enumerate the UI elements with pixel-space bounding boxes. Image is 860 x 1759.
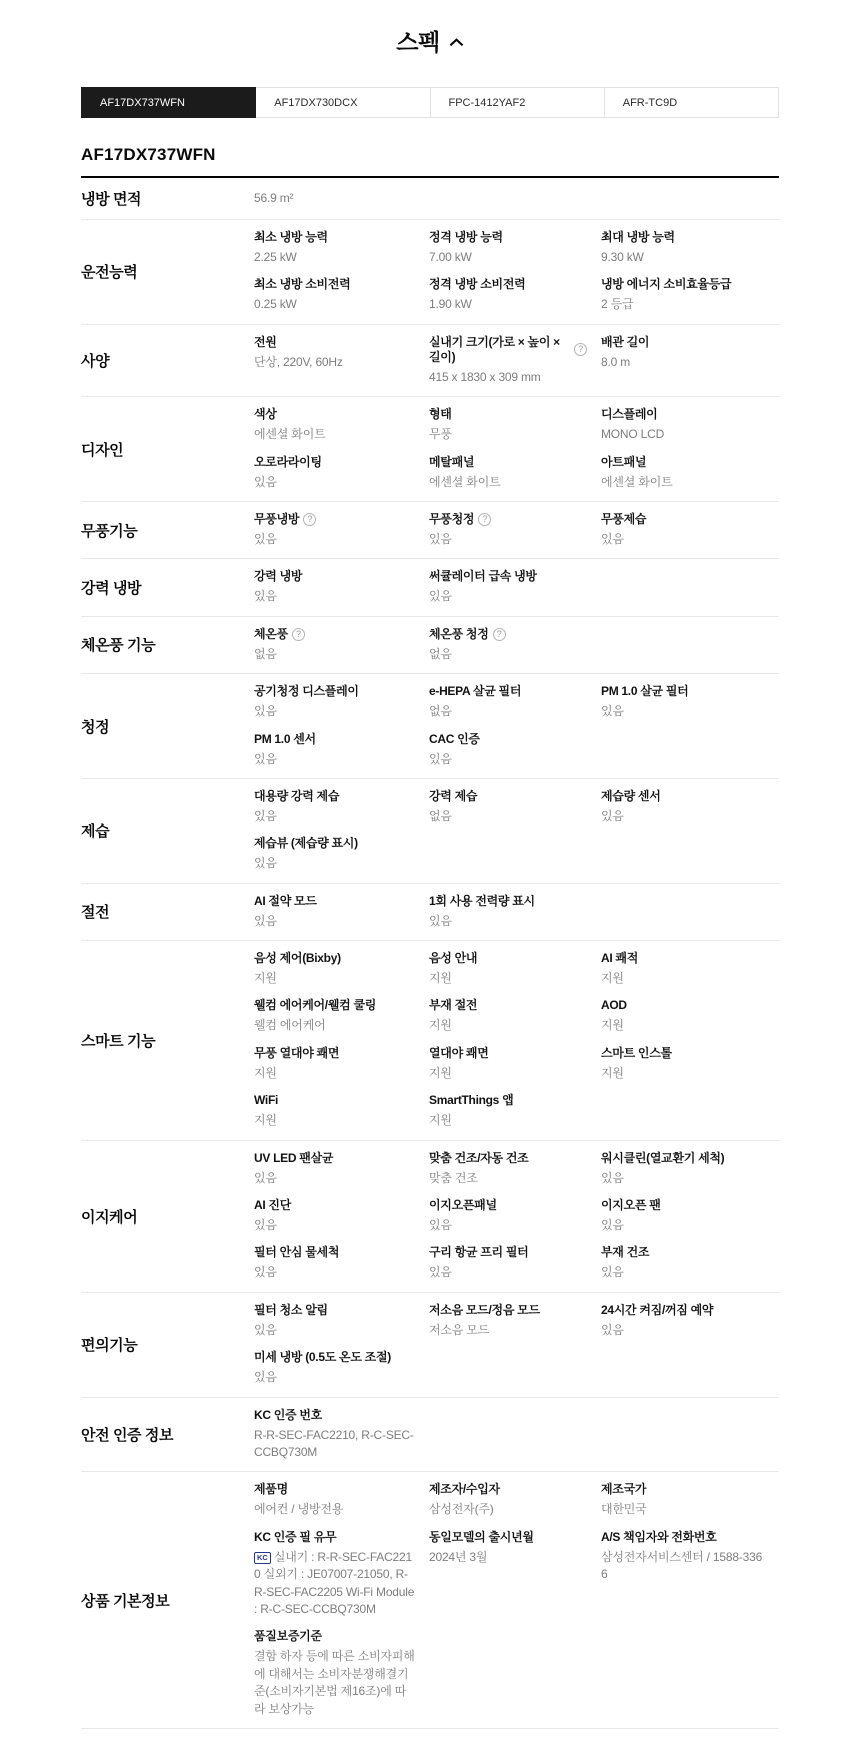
spec-item-label: 구리 항균 프리 필터: [429, 1245, 587, 1260]
spec-item-label: 워시클린(열교환기 세척): [601, 1151, 765, 1166]
spec-item-label: 제조국가: [601, 1482, 765, 1497]
spec-item-label: 써큘레이터 급속 냉방: [429, 569, 587, 584]
spec-item-label: 색상: [254, 407, 415, 422]
spec-cells: 색상 에센셜 화이트 형태 무풍 디스플레이 MONO LCD 오로라라이팅 있…: [254, 407, 779, 491]
spec-item-label: 체온풍 ?: [254, 627, 415, 642]
spec-item-value: 있음: [254, 913, 415, 930]
spec-item-value: 있음: [601, 1170, 765, 1187]
spec-item-label: PM 1.0 센서: [254, 732, 415, 747]
spec-item-value: 있음: [254, 808, 415, 825]
spec-item-value: 있음: [254, 703, 415, 720]
spec-row: 냉방 면적 56.9 m²: [81, 178, 779, 220]
spec-category-label: 청정: [81, 684, 254, 768]
spec-item: 음성 제어(Bixby) 지원: [254, 951, 429, 987]
spec-item-value: 있음: [601, 703, 765, 720]
spec-item-value: 지원: [429, 970, 587, 987]
spec-item-label: 제품명: [254, 1482, 415, 1497]
spec-item: PM 1.0 센서 있음: [254, 732, 429, 768]
spec-item: 무풍 열대야 쾌면 지원: [254, 1046, 429, 1082]
spec-item-label: 음성 제어(Bixby): [254, 951, 415, 966]
spec-cells: 강력 냉방 있음 써큘레이터 급속 냉방 있음: [254, 569, 779, 605]
spec-item-label: A/S 책임자와 전화번호: [601, 1530, 765, 1545]
spec-item: AOD 지원: [601, 998, 779, 1034]
spec-item-value: 1.90 kW: [429, 296, 587, 313]
spec-item: 정격 냉방 능력 7.00 kW: [429, 230, 601, 266]
spec-item-label: 체온풍 청정 ?: [429, 627, 587, 642]
spec-item: SmartThings 앱 지원: [429, 1093, 601, 1129]
spec-item: AI 절약 모드 있음: [254, 894, 429, 930]
spec-cells: 필터 청소 알림 있음 저소음 모드/정음 모드 저소음 모드 24시간 켜짐/…: [254, 1303, 779, 1387]
spec-item-value: 있음: [429, 531, 587, 548]
spec-item-label: 오로라라이팅: [254, 455, 415, 470]
kc-certification-icon: KC: [254, 1552, 271, 1564]
spec-item-label: 1회 사용 전력량 표시: [429, 894, 587, 909]
spec-item: 무풍청정 ? 있음: [429, 512, 601, 548]
spec-item-label: 제습뷰 (제습량 표시): [254, 836, 415, 851]
spec-item: 미세 냉방 (0.5도 온도 조절) 있음: [254, 1350, 429, 1386]
spec-item: 워시클린(열교환기 세척) 있음: [601, 1151, 779, 1187]
spec-category-label: 절전: [81, 894, 254, 930]
spec-item: 공기청정 디스플레이 있음: [254, 684, 429, 720]
spec-row: 체온풍 기능 체온풍 ? 없음 체온풍 청정 ? 없음: [81, 617, 779, 674]
spec-item-value: 없음: [429, 808, 587, 825]
spec-item-value: 있음: [254, 1322, 415, 1339]
spec-item: 제습뷰 (제습량 표시) 있음: [254, 836, 429, 872]
spec-item-value: 2024년 3월: [429, 1549, 587, 1566]
spec-item-label: 형태: [429, 407, 587, 422]
spec-item-label: 무풍청정 ?: [429, 512, 587, 527]
spec-item-label: 미세 냉방 (0.5도 온도 조절): [254, 1350, 415, 1365]
spec-item-value: 있음: [429, 1264, 587, 1281]
spec-item: AI 진단 있음: [254, 1198, 429, 1234]
spec-item: A/S 책임자와 전화번호 삼성전자서비스센터 / 1588-3366: [601, 1530, 779, 1619]
spec-item: 동일모델의 출시년월 2024년 3월: [429, 1530, 601, 1619]
spec-cells: 무풍냉방 ? 있음 무풍청정 ? 있음 무풍제습 있음: [254, 512, 779, 548]
spec-item: 대용량 강력 제습 있음: [254, 789, 429, 825]
spec-item: 메탈패널 에센셜 화이트: [429, 455, 601, 491]
info-icon[interactable]: ?: [303, 513, 316, 526]
spec-item: CAC 인증 있음: [429, 732, 601, 768]
collapse-chevron-icon[interactable]: [449, 35, 464, 47]
spec-cells: 최소 냉방 능력 2.25 kW 정격 냉방 능력 7.00 kW 최대 냉방 …: [254, 230, 779, 314]
spec-category-label: 이지케어: [81, 1151, 254, 1282]
spec-item-label: 웰컴 에어케어/웰컴 쿨링: [254, 998, 415, 1013]
spec-item-value: 2.25 kW: [254, 249, 415, 266]
spec-item-label: AOD: [601, 998, 765, 1013]
spec-item-label: 대용량 강력 제습: [254, 789, 415, 804]
spec-item: 24시간 켜짐/꺼짐 예약 있음: [601, 1303, 779, 1339]
spec-cells: UV LED 팬살균 있음 맞춤 건조/자동 건조 맞춤 건조 워시클린(열교환…: [254, 1151, 779, 1282]
spec-item-label: 24시간 켜짐/꺼짐 예약: [601, 1303, 765, 1318]
spec-category-label: 무풍기능: [81, 512, 254, 548]
spec-item-value: 있음: [254, 474, 415, 491]
spec-item: 56.9 m²: [254, 190, 429, 207]
spec-item-value: 지원: [254, 970, 415, 987]
spec-cells: 음성 제어(Bixby) 지원 음성 안내 지원 AI 쾌적 지원 웰컴 에어케…: [254, 951, 779, 1130]
spec-item-label: AI 진단: [254, 1198, 415, 1213]
spec-item-value: 단상, 220V, 60Hz: [254, 354, 415, 371]
spec-row: 이지케어 UV LED 팬살균 있음 맞춤 건조/자동 건조 맞춤 건조 워시클…: [81, 1141, 779, 1293]
spec-category-label: 스마트 기능: [81, 951, 254, 1130]
spec-item: AI 쾌적 지원: [601, 951, 779, 987]
spec-item-value: 지원: [429, 1065, 587, 1082]
spec-cells: 제품명 에어컨 / 냉방전용 제조자/수입자 삼성전자(주) 제조국가 대한민국…: [254, 1482, 779, 1718]
spec-page: 스펙 AF17DX737WFN AF17DX730DCX FPC-1412YAF…: [81, 0, 779, 1759]
spec-item-value: KC실내기 : R-R-SEC-FAC2210 실외기 : JE07007-21…: [254, 1549, 415, 1619]
spec-item-value: 지원: [429, 1112, 587, 1129]
spec-item: 부재 건조 있음: [601, 1245, 779, 1281]
spec-item: 최대 냉방 능력 9.30 kW: [601, 230, 779, 266]
spec-row: 디자인 색상 에센셜 화이트 형태 무풍 디스플레이 MONO LCD 오로라라…: [81, 397, 779, 502]
spec-item-label: 저소음 모드/정음 모드: [429, 1303, 587, 1318]
spec-item: 품질보증기준 결함 하자 등에 따른 소비자피해에 대해서는 소비자분쟁해결기준…: [254, 1629, 429, 1718]
model-tabs: AF17DX737WFN AF17DX730DCX FPC-1412YAF2 A…: [81, 87, 779, 118]
spec-item: 열대야 쾌면 지원: [429, 1046, 601, 1082]
spec-item-label: 맞춤 건조/자동 건조: [429, 1151, 587, 1166]
spec-item-value: 있음: [254, 1170, 415, 1187]
spec-cells: 56.9 m²: [254, 188, 779, 209]
spec-item-label: UV LED 팬살균: [254, 1151, 415, 1166]
spec-header: 스펙: [81, 0, 779, 57]
spec-cells: 전원 단상, 220V, 60Hz 실내기 크기(가로 × 높이 × 길이) ?…: [254, 335, 779, 386]
spec-item-value: 저소음 모드: [429, 1322, 587, 1339]
spec-row: 강력 냉방 강력 냉방 있음 써큘레이터 급속 냉방 있음: [81, 559, 779, 616]
spec-item: KC 인증 번호 R-R-SEC-FAC2210, R-C-SEC-CCBQ73…: [254, 1408, 429, 1462]
spec-item-value: 없음: [429, 646, 587, 663]
spec-item: 오로라라이팅 있음: [254, 455, 429, 491]
spec-item-value: 지원: [601, 970, 765, 987]
spec-row: 사양 전원 단상, 220V, 60Hz 실내기 크기(가로 × 높이 × 길이…: [81, 325, 779, 397]
spec-item: 필터 청소 알림 있음: [254, 1303, 429, 1339]
page-title: 스펙: [396, 24, 439, 57]
spec-item-label: 강력 제습: [429, 789, 587, 804]
section-title: AF17DX737WFN: [81, 145, 779, 178]
model-tab-af17dx730dcx[interactable]: AF17DX730DCX: [255, 87, 430, 118]
info-icon[interactable]: ?: [493, 628, 506, 641]
spec-item: 써큘레이터 급속 냉방 있음: [429, 569, 601, 605]
spec-item: 이지오픈 팬 있음: [601, 1198, 779, 1234]
spec-item-value: MONO LCD: [601, 426, 765, 443]
spec-item-value: R-R-SEC-FAC2210, R-C-SEC-CCBQ730M: [254, 1427, 415, 1462]
spec-item-label: 필터 안심 물세척: [254, 1245, 415, 1260]
spec-row: 편의기능 필터 청소 알림 있음 저소음 모드/정음 모드 저소음 모드 24시…: [81, 1293, 779, 1398]
spec-item: e-HEPA 살균 필터 없음: [429, 684, 601, 720]
spec-item-label: 배관 길이: [601, 335, 765, 350]
spec-table: 냉방 면적 56.9 m² 운전능력 최소 냉방 능력 2.25 kW 정격 냉…: [81, 178, 779, 1729]
spec-cells: AI 절약 모드 있음 1회 사용 전력량 표시 있음: [254, 894, 779, 930]
spec-item-value: 없음: [429, 703, 587, 720]
spec-item-label: 필터 청소 알림: [254, 1303, 415, 1318]
spec-item-value: 에센셜 화이트: [601, 474, 765, 491]
info-icon[interactable]: ?: [574, 343, 587, 356]
spec-item-value: 있음: [429, 588, 587, 605]
spec-item-label: 디스플레이: [601, 407, 765, 422]
spec-item-value: 맞춤 건조: [429, 1170, 587, 1187]
spec-item-label: 공기청정 디스플레이: [254, 684, 415, 699]
spec-item-value: 2 등급: [601, 296, 765, 313]
spec-row: 무풍기능 무풍냉방 ? 있음 무풍청정 ? 있음 무풍제습 있음: [81, 502, 779, 559]
spec-item-value: 있음: [601, 1264, 765, 1281]
spec-item-value: 없음: [254, 646, 415, 663]
spec-item-label: e-HEPA 살균 필터: [429, 684, 587, 699]
spec-item-value: 7.00 kW: [429, 249, 587, 266]
model-tab-af17dx737wfn[interactable]: AF17DX737WFN: [81, 87, 256, 118]
spec-item-value: 지원: [254, 1065, 415, 1082]
spec-item-label: 정격 냉방 소비전력: [429, 277, 587, 292]
spec-item-value: 무풍: [429, 426, 587, 443]
spec-cells: 체온풍 ? 없음 체온풍 청정 ? 없음: [254, 627, 779, 663]
spec-item: 필터 안심 물세척 있음: [254, 1245, 429, 1281]
model-tab-label: AF17DX737WFN: [100, 97, 185, 109]
spec-item-value: 에센셜 화이트: [254, 426, 415, 443]
spec-item-label: CAC 인증: [429, 732, 587, 747]
spec-item: PM 1.0 살균 필터 있음: [601, 684, 779, 720]
spec-item: 냉방 에너지 소비효율등급 2 등급: [601, 277, 779, 313]
spec-row: 운전능력 최소 냉방 능력 2.25 kW 정격 냉방 능력 7.00 kW 최…: [81, 220, 779, 325]
spec-item-value: 있음: [601, 1217, 765, 1234]
spec-item: 최소 냉방 소비전력 0.25 kW: [254, 277, 429, 313]
spec-item: 스마트 인스톨 지원: [601, 1046, 779, 1082]
spec-item: 강력 냉방 있음: [254, 569, 429, 605]
spec-category-label: 안전 인증 정보: [81, 1408, 254, 1462]
spec-row: 스마트 기능 음성 제어(Bixby) 지원 음성 안내 지원 AI 쾌적 지원…: [81, 941, 779, 1141]
spec-item: 무풍냉방 ? 있음: [254, 512, 429, 548]
spec-item: 배관 길이 8.0 m: [601, 335, 779, 386]
spec-item-label: 이지오픈 팬: [601, 1198, 765, 1213]
spec-item-value: 있음: [429, 1217, 587, 1234]
spec-category-label: 상품 기본정보: [81, 1482, 254, 1718]
spec-item-value: 있음: [254, 531, 415, 548]
spec-item: 제품명 에어컨 / 냉방전용: [254, 1482, 429, 1518]
spec-item: 무풍제습 있음: [601, 512, 779, 548]
spec-item: 이지오픈패널 있음: [429, 1198, 601, 1234]
spec-item-label: 전원: [254, 335, 415, 350]
spec-item-label: WiFi: [254, 1093, 415, 1108]
spec-item: 구리 항균 프리 필터 있음: [429, 1245, 601, 1281]
spec-item-label: 스마트 인스톨: [601, 1046, 765, 1061]
spec-item: 정격 냉방 소비전력 1.90 kW: [429, 277, 601, 313]
spec-category-label: 사양: [81, 335, 254, 386]
spec-item: 체온풍 청정 ? 없음: [429, 627, 601, 663]
spec-item-label: KC 인증 번호: [254, 1408, 415, 1423]
spec-item-label: 동일모델의 출시년월: [429, 1530, 587, 1545]
spec-item-value: 9.30 kW: [601, 249, 765, 266]
spec-item: 저소음 모드/정음 모드 저소음 모드: [429, 1303, 601, 1339]
spec-item: 웰컴 에어케어/웰컴 쿨링 웰컴 에어케어: [254, 998, 429, 1034]
spec-item-label: 무풍 열대야 쾌면: [254, 1046, 415, 1061]
spec-item-value: 지원: [254, 1112, 415, 1129]
spec-item: 강력 제습 없음: [429, 789, 601, 825]
spec-row: 제습 대용량 강력 제습 있음 강력 제습 없음 제습량 센서 있음 제습뷰 (…: [81, 779, 779, 884]
spec-item-label: 열대야 쾌면: [429, 1046, 587, 1061]
spec-cells: 공기청정 디스플레이 있음 e-HEPA 살균 필터 없음 PM 1.0 살균 …: [254, 684, 779, 768]
model-tab-label: AF17DX730DCX: [274, 97, 357, 109]
spec-item-label: 부재 절전: [429, 998, 587, 1013]
spec-item-value: 있음: [254, 588, 415, 605]
spec-row: 상품 기본정보 제품명 에어컨 / 냉방전용 제조자/수입자 삼성전자(주) 제…: [81, 1472, 779, 1729]
spec-item: 음성 안내 지원: [429, 951, 601, 987]
spec-item: 형태 무풍: [429, 407, 601, 443]
spec-row: 안전 인증 정보 KC 인증 번호 R-R-SEC-FAC2210, R-C-S…: [81, 1398, 779, 1473]
spec-cells: KC 인증 번호 R-R-SEC-FAC2210, R-C-SEC-CCBQ73…: [254, 1408, 779, 1462]
spec-item-value: 지원: [601, 1065, 765, 1082]
spec-item-value: 삼성전자서비스센터 / 1588-3366: [601, 1549, 765, 1584]
spec-item: 1회 사용 전력량 표시 있음: [429, 894, 601, 930]
spec-item-value: 8.0 m: [601, 354, 765, 371]
info-icon[interactable]: ?: [292, 628, 305, 641]
spec-item-value: 있음: [601, 808, 765, 825]
spec-item-value: 있음: [429, 751, 587, 768]
spec-item: KC 인증 필 유무 KC실내기 : R-R-SEC-FAC2210 실외기 :…: [254, 1530, 429, 1619]
spec-item-value: 있음: [429, 913, 587, 930]
spec-item: 디스플레이 MONO LCD: [601, 407, 779, 443]
spec-item-label: 제조자/수입자: [429, 1482, 587, 1497]
spec-item-label: 실내기 크기(가로 × 높이 × 길이) ?: [429, 335, 587, 365]
spec-item-value: 있음: [254, 855, 415, 872]
spec-item-label: 최소 냉방 소비전력: [254, 277, 415, 292]
spec-item-label: 부재 건조: [601, 1245, 765, 1260]
spec-item-value: 있음: [254, 751, 415, 768]
spec-item: 체온풍 ? 없음: [254, 627, 429, 663]
spec-category-label: 운전능력: [81, 230, 254, 314]
spec-item-label: KC 인증 필 유무: [254, 1530, 415, 1545]
spec-item-value: 에센셜 화이트: [429, 474, 587, 491]
model-tab-label: FPC-1412YAF2: [449, 97, 526, 109]
spec-item-label: SmartThings 앱: [429, 1093, 587, 1108]
spec-item: 전원 단상, 220V, 60Hz: [254, 335, 429, 386]
spec-item: 최소 냉방 능력 2.25 kW: [254, 230, 429, 266]
spec-category-label: 강력 냉방: [81, 569, 254, 605]
spec-item-label: 음성 안내: [429, 951, 587, 966]
spec-item-value: 있음: [601, 1322, 765, 1339]
spec-row: 절전 AI 절약 모드 있음 1회 사용 전력량 표시 있음: [81, 884, 779, 941]
spec-item-label: AI 절약 모드: [254, 894, 415, 909]
spec-row: 청정 공기청정 디스플레이 있음 e-HEPA 살균 필터 없음 PM 1.0 …: [81, 674, 779, 779]
spec-item-label: 무풍냉방 ?: [254, 512, 415, 527]
spec-item-label: 강력 냉방: [254, 569, 415, 584]
spec-item: 색상 에센셜 화이트: [254, 407, 429, 443]
spec-item-label: PM 1.0 살균 필터: [601, 684, 765, 699]
spec-item-label: 이지오픈패널: [429, 1198, 587, 1213]
spec-item: 제조국가 대한민국: [601, 1482, 779, 1518]
spec-item-value: 있음: [601, 531, 765, 548]
spec-item-label: 메탈패널: [429, 455, 587, 470]
spec-category-label: 편의기능: [81, 1303, 254, 1387]
spec-item-label: 무풍제습: [601, 512, 765, 527]
spec-item: 실내기 크기(가로 × 높이 × 길이) ? 415 x 1830 x 309 …: [429, 335, 601, 386]
spec-item-label: 냉방 에너지 소비효율등급: [601, 277, 765, 292]
spec-item: 부재 절전 지원: [429, 998, 601, 1034]
spec-item-value: 56.9 m²: [254, 190, 415, 207]
spec-category-label: 제습: [81, 789, 254, 873]
spec-item-label: 아트패널: [601, 455, 765, 470]
spec-item-label: 최소 냉방 능력: [254, 230, 415, 245]
spec-cells: 대용량 강력 제습 있음 강력 제습 없음 제습량 센서 있음 제습뷰 (제습량…: [254, 789, 779, 873]
info-icon[interactable]: ?: [478, 513, 491, 526]
spec-item-value: 웰컴 에어케어: [254, 1017, 415, 1034]
spec-item: WiFi 지원: [254, 1093, 429, 1129]
spec-item-value: 있음: [254, 1217, 415, 1234]
spec-item-label: AI 쾌적: [601, 951, 765, 966]
spec-item-value: 결함 하자 등에 따른 소비자피해에 대해서는 소비자분쟁해결기준(소비자기본법…: [254, 1648, 415, 1718]
spec-item-value: 에어컨 / 냉방전용: [254, 1501, 415, 1518]
spec-item-value: 있음: [254, 1369, 415, 1386]
spec-item: 아트패널 에센셜 화이트: [601, 455, 779, 491]
spec-item-value: 지원: [429, 1017, 587, 1034]
spec-item: 제습량 센서 있음: [601, 789, 779, 825]
spec-item-value: 삼성전자(주): [429, 1501, 587, 1518]
spec-item-value: 있음: [254, 1264, 415, 1281]
spec-item: UV LED 팬살균 있음: [254, 1151, 429, 1187]
bottom-spacer: [81, 1729, 779, 1759]
spec-category-label: 냉방 면적: [81, 188, 254, 209]
spec-item-value: 0.25 kW: [254, 296, 415, 313]
spec-category-label: 디자인: [81, 407, 254, 491]
model-tab-afr-tc9d[interactable]: AFR-TC9D: [604, 87, 779, 118]
spec-item-value: 대한민국: [601, 1501, 765, 1518]
spec-item-label: 품질보증기준: [254, 1629, 415, 1644]
spec-item: 제조자/수입자 삼성전자(주): [429, 1482, 601, 1518]
spec-category-label: 체온풍 기능: [81, 627, 254, 663]
spec-item-value: 지원: [601, 1017, 765, 1034]
model-tab-fpc-1412yaf2[interactable]: FPC-1412YAF2: [430, 87, 605, 118]
spec-item-label: 최대 냉방 능력: [601, 230, 765, 245]
model-tab-label: AFR-TC9D: [623, 97, 677, 109]
spec-item: 맞춤 건조/자동 건조 맞춤 건조: [429, 1151, 601, 1187]
spec-item-value: 415 x 1830 x 309 mm: [429, 369, 587, 386]
spec-item-label: 제습량 센서: [601, 789, 765, 804]
spec-item-label: 정격 냉방 능력: [429, 230, 587, 245]
